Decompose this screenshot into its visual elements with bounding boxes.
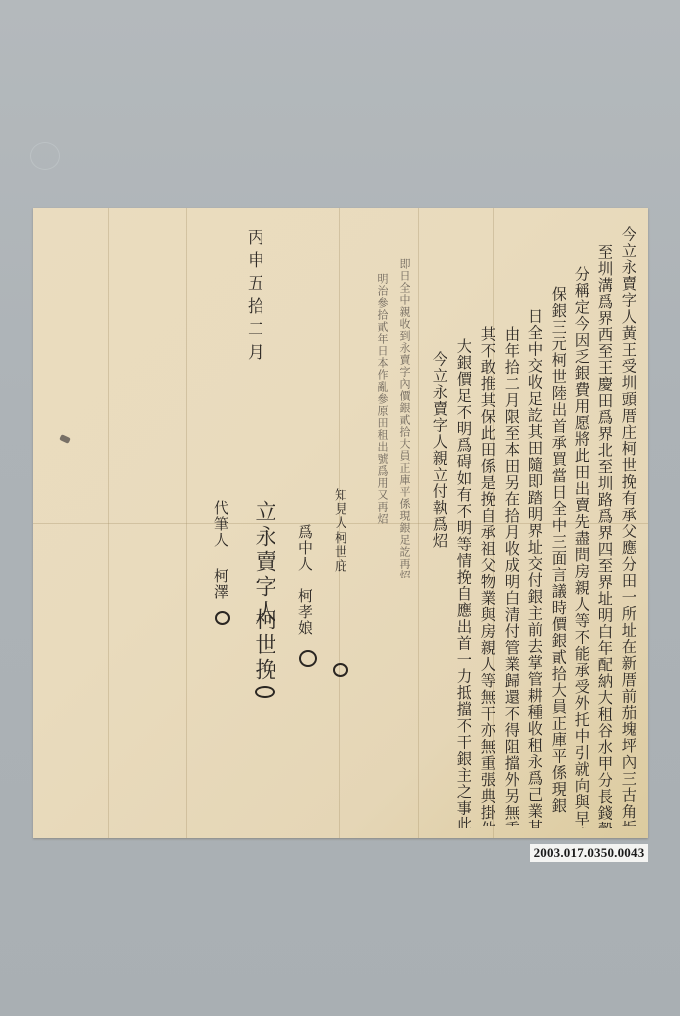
signature-name-witness: 柯世庇 bbox=[333, 531, 346, 581]
annotation-column-1: 即日全中親收到永賣字內價銀貳拾大員正庫平係現銀足訖再炤 bbox=[399, 258, 410, 578]
text-column-3: 分稱定今因乏銀費用愿將此田出賣先盡問房親人等不能承受外托中引就向與早瓊 bbox=[573, 266, 589, 828]
text-column-8: 大銀價足不明爲碍如有不明等情挽自應出首一力抵擋不干銀主之事此係二比甘愿各無反悔今… bbox=[455, 338, 471, 828]
text-column-6: 由年拾二月限至本田另在拾月收成明白清付管業歸還不得阻擋外另無重張典掛他人財物交加… bbox=[503, 326, 519, 826]
seal-mark-witness bbox=[333, 663, 348, 677]
seal-mark-middleman bbox=[299, 650, 317, 667]
text-column-7: 其不敢推其保此田係是挽自承祖父物業與房親人等無干亦無重張典掛他人財物 bbox=[479, 326, 495, 826]
text-column-2: 至圳溝爲界西至王慶田爲界北至圳路爲界四至界址明白年配納大租谷水甲分長錢穀 bbox=[596, 244, 612, 828]
text-column-5: 日全中交收足訖其田隨即踏明界址交付銀主前去掌管耕種收租永爲己業其田自 bbox=[526, 308, 542, 828]
ink-smudge bbox=[59, 434, 71, 444]
text-column-1: 今立永賣字人黃王受圳頭厝庄柯世挽有承父應分田一所址在新厝前茄塊坪內三古角坂東南 bbox=[620, 226, 636, 826]
date-line: 丙申五拾二月 日 bbox=[245, 228, 262, 378]
signature-role-scribe: 代筆人 bbox=[213, 500, 228, 560]
background-dust-mark bbox=[30, 142, 60, 170]
signature-role-witness: 知見人 bbox=[333, 488, 346, 528]
deed-paper: 今立永賣字人黃王受圳頭厝庄柯世挽有承父應分田一所址在新厝前茄塊坪內三古角坂東南 … bbox=[33, 208, 648, 838]
signature-name-middleman: 柯孝娘 bbox=[297, 588, 312, 648]
text-column-9: 今立永賣字人親立付執爲炤 bbox=[431, 351, 447, 551]
seal-mark-scribe bbox=[215, 611, 230, 625]
text-column-4: 保銀三元柯世陸出首承買當日全中三面言議時價銀貳拾大員正庫平係現銀 bbox=[550, 286, 566, 828]
annotation-column-2: 明治參拾貳年日本作亂參原田租出號爲用又再炤 bbox=[377, 273, 388, 573]
signature-name-scribe: 柯澤 bbox=[213, 568, 228, 608]
signature-role-middleman: 爲中人 bbox=[297, 524, 312, 584]
signature-name-seller: 柯世挽 bbox=[253, 608, 275, 688]
catalog-number-label: 2003.017.0350.0043 bbox=[530, 844, 648, 862]
seal-mark-seller bbox=[255, 686, 275, 698]
